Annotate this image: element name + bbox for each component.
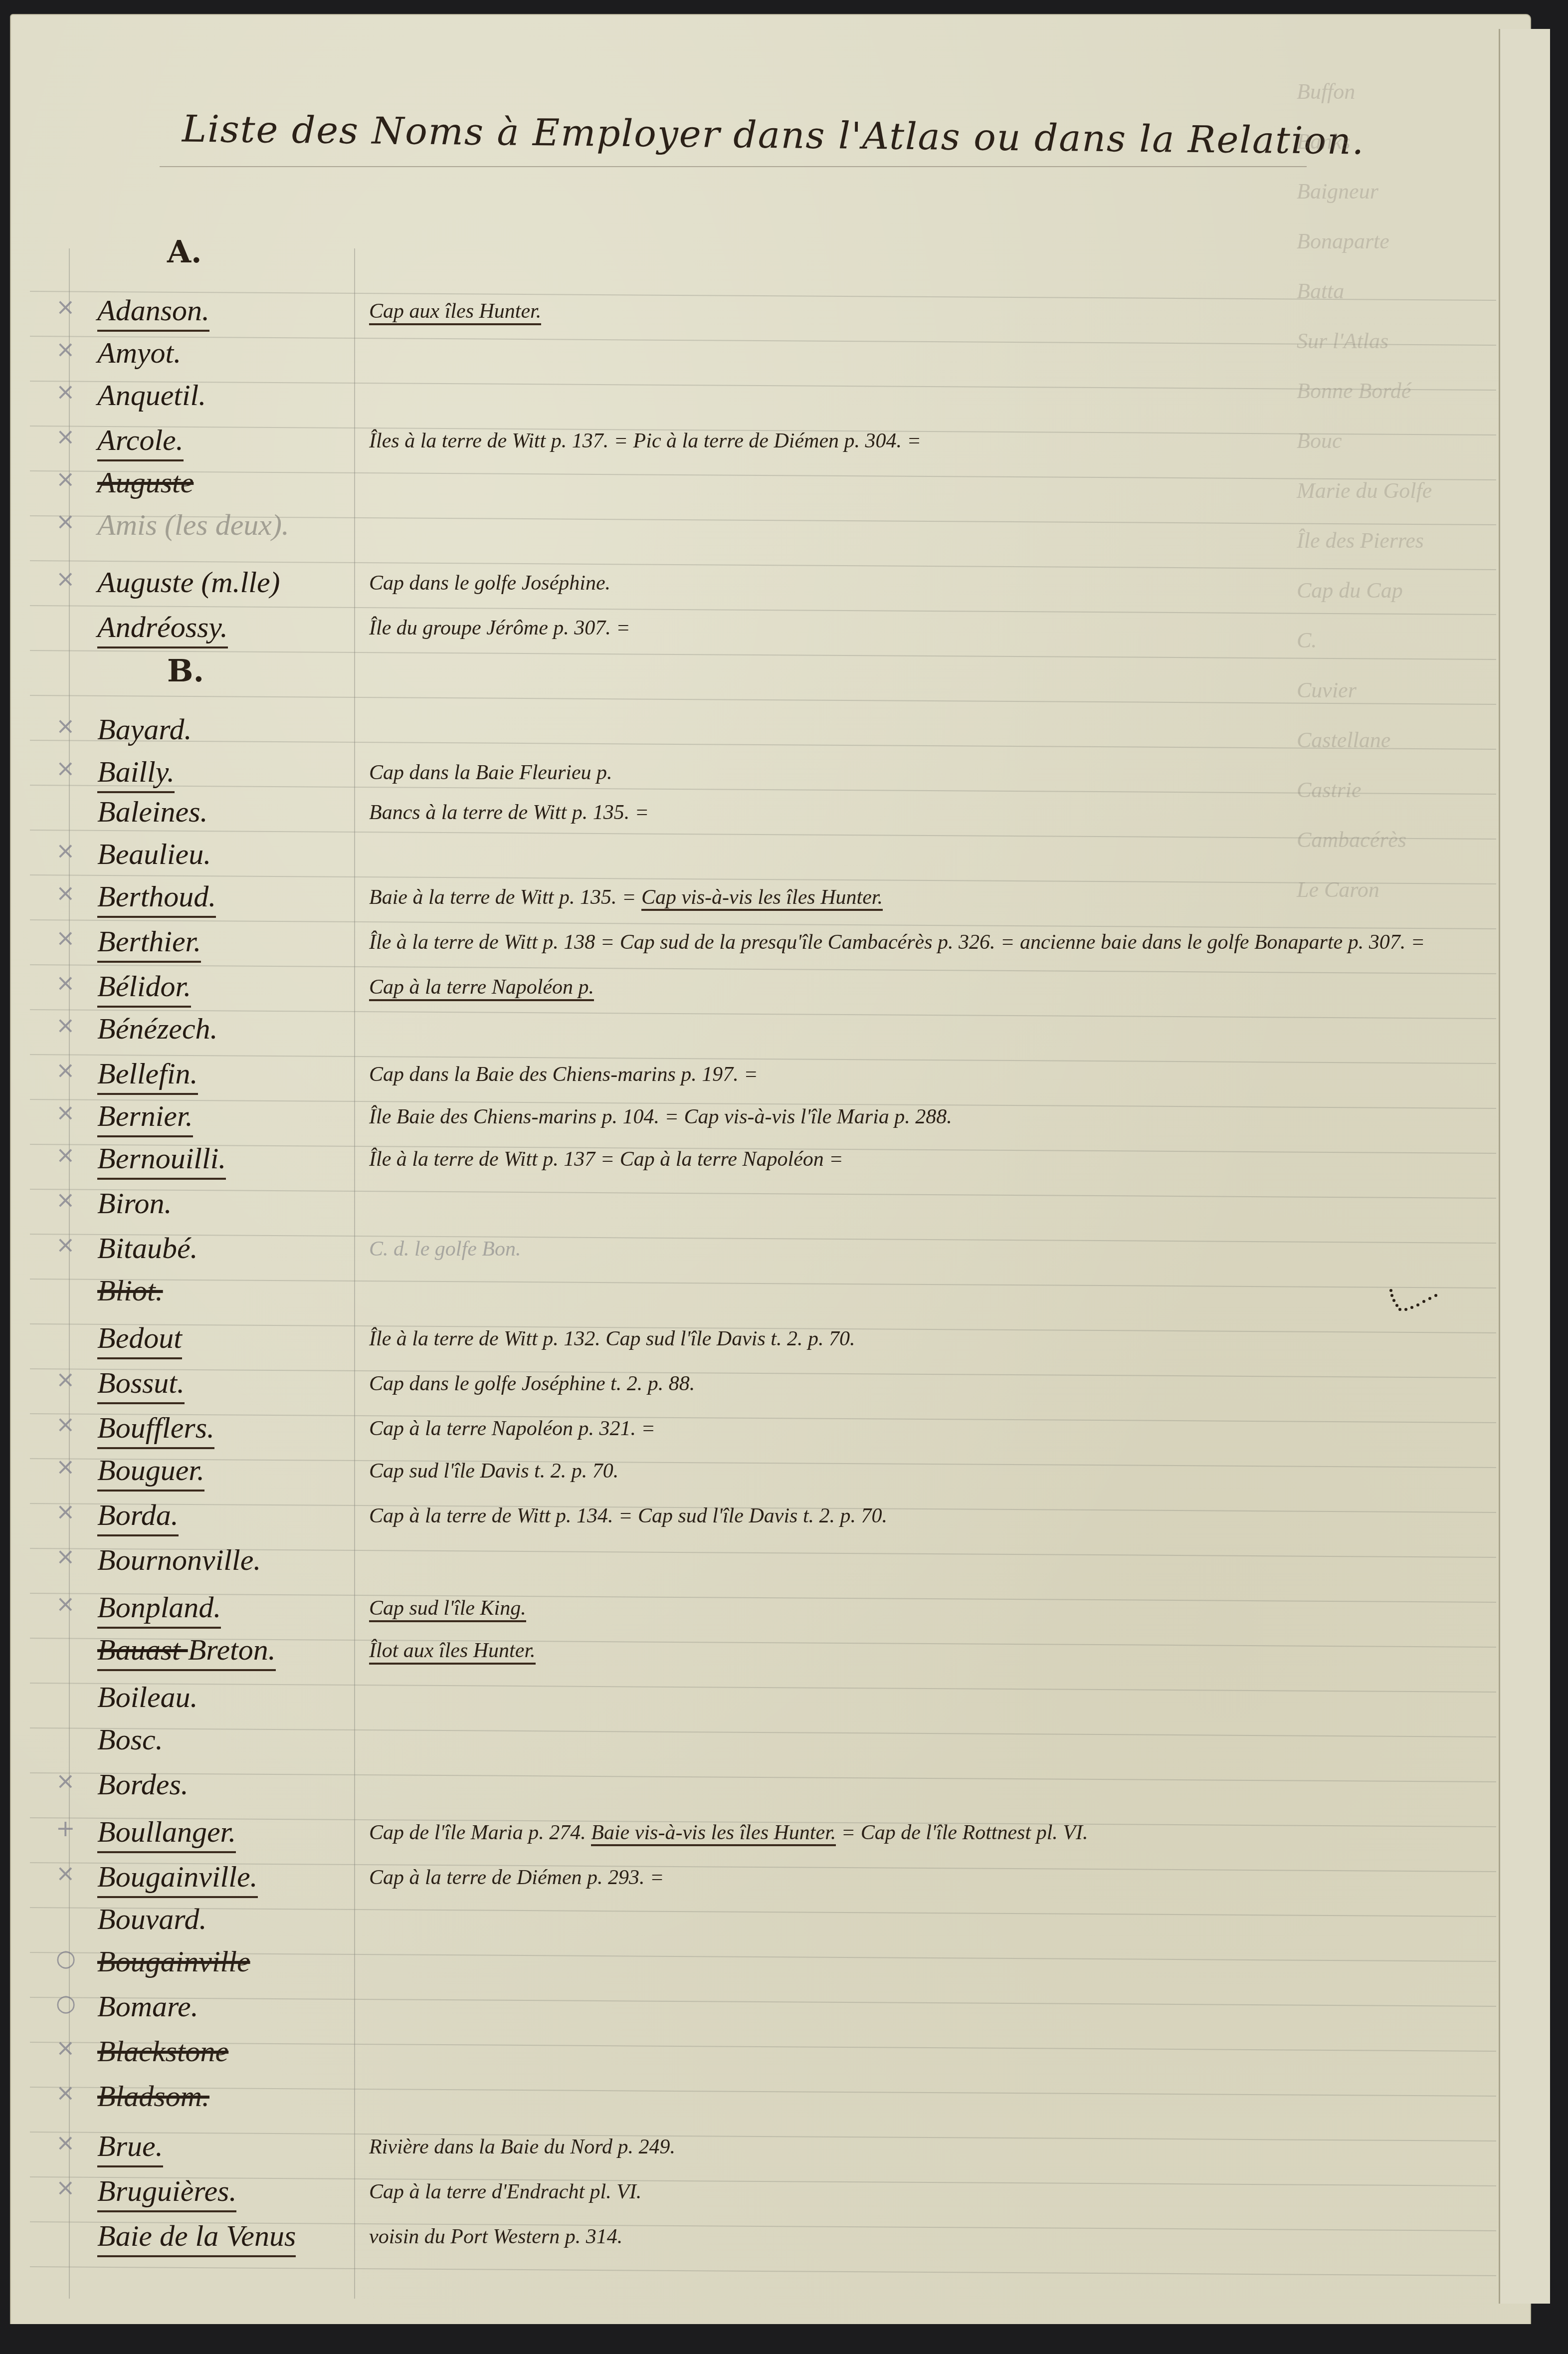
bleed-through-line: C.	[1297, 628, 1317, 653]
entry-name: Berthier.	[97, 924, 201, 963]
pencil-mark-icon: ×	[56, 2174, 75, 2201]
entry-note: Îlot aux îles Hunter.	[369, 1639, 536, 1665]
pencil-mark-icon: ×	[56, 2079, 75, 2106]
entry-name: Auguste	[97, 465, 194, 500]
pencil-mark-icon: ×	[56, 423, 75, 450]
pencil-mark-icon: ×	[56, 837, 75, 864]
entry-name: Blackstone	[97, 2034, 228, 2069]
bleed-through-line: Cap du Cap	[1297, 578, 1403, 603]
pencil-mark-icon: ○	[56, 1944, 76, 1971]
entry-row: ×Bernouilli.Île à la terre de Witt p. 13…	[10, 1141, 1506, 1191]
entry-note: Île Baie des Chiens-marins p. 104. = Cap…	[369, 1105, 952, 1129]
entry-name: Baleines.	[97, 795, 208, 829]
entry-note: Cap dans la Baie Fleurieu p.	[369, 761, 612, 785]
entry-name: Bélidor.	[97, 969, 191, 1008]
pencil-mark-icon: ×	[56, 293, 75, 320]
pencil-mark-icon: ×	[56, 378, 75, 405]
pencil-mark-icon: ×	[56, 336, 75, 363]
entry-row: ×Anquetil.	[10, 378, 1506, 428]
pencil-mark-icon: +	[56, 1815, 75, 1842]
bleed-through-line: Île des Pierres	[1297, 528, 1424, 553]
pencil-mark-icon: ×	[56, 2034, 75, 2061]
entry-note: Cap à la terre d'Endracht pl. VI.	[369, 2180, 641, 2204]
entry-name: Baie de la Venus	[97, 2219, 296, 2257]
pencil-mark-icon: ×	[56, 1012, 75, 1039]
section-letter-a: A.	[167, 233, 202, 270]
pencil-mark-icon: ×	[56, 1590, 75, 1617]
entry-name: Bougainville.	[97, 1860, 258, 1898]
entry-name: Bouguer.	[97, 1453, 204, 1492]
entry-row: ×Berthoud.Baie à la terre de Witt p. 135…	[10, 879, 1506, 929]
entry-name: Bladsom.	[97, 2079, 209, 2114]
entry-row: Bauast Breton.Îlot aux îles Hunter.	[10, 1633, 1506, 1683]
entry-name: Borda.	[97, 1498, 179, 1536]
entry-name: Bougainville	[97, 1944, 250, 1979]
entry-note: Îles à la terre de Witt p. 137. = Pic à …	[369, 429, 921, 453]
pencil-mark-icon: ×	[56, 1543, 75, 1570]
entry-note: Cap de l'île Maria p. 274. Baie vis-à-vi…	[369, 1821, 1088, 1845]
entry-row: ×Biron.	[10, 1186, 1506, 1236]
entry-name: Bonpland.	[97, 1590, 221, 1629]
pencil-mark-icon: ×	[56, 1860, 75, 1887]
entry-note: Cap à la terre Napoléon p.	[369, 975, 594, 1001]
pencil-mark-icon: ×	[56, 755, 75, 782]
ruled-line	[30, 695, 1496, 705]
bleed-through-line: Bouc	[1297, 428, 1342, 453]
bleed-through-line: Marie du Golfe	[1297, 478, 1432, 503]
entry-row: ×Amis (les deux).	[10, 508, 1506, 558]
entry-name: Bournonville.	[97, 1543, 261, 1577]
pencil-mark-icon: ○	[56, 1989, 76, 2016]
pencil-mark-icon: ×	[56, 1767, 75, 1794]
entry-note: Île du groupe Jérôme p. 307. =	[369, 616, 630, 640]
entry-note: Cap dans le golfe Joséphine.	[369, 571, 610, 595]
entry-note: Rivière dans la Baie du Nord p. 249.	[369, 2135, 675, 2159]
bleed-through-line: Bonne Bordé	[1297, 378, 1411, 404]
entry-note: Cap à la terre Napoléon p. 321. =	[369, 1417, 655, 1441]
entry-name: Bailly.	[97, 755, 175, 793]
pencil-mark-icon: ×	[56, 1099, 75, 1126]
entry-note: Cap sud l'île King.	[369, 1596, 526, 1622]
entry-row: ○Bougainville	[10, 1944, 1506, 1994]
entry-name: Bayard.	[97, 712, 192, 747]
pencil-mark-icon: ×	[56, 969, 75, 996]
scan-background	[0, 2324, 1568, 2354]
entry-note: Cap dans le golfe Joséphine t. 2. p. 88.	[369, 1372, 695, 1396]
entry-row: BedoutÎle à la terre de Witt p. 132. Cap…	[10, 1321, 1506, 1371]
entry-row: ○Bomare.	[10, 1989, 1506, 2039]
pencil-mark-icon: ×	[56, 1057, 75, 1083]
pencil-mark-icon: ×	[56, 2129, 75, 2156]
page-fold-edge	[1499, 29, 1550, 2304]
entry-name: Berthoud.	[97, 879, 216, 918]
entry-row: ×Blackstone	[10, 2034, 1506, 2084]
entry-name: Auguste (m.lle)	[97, 565, 280, 600]
pencil-mark-icon: ×	[56, 1186, 75, 1213]
entry-row: ×Borda.Cap à la terre de Witt p. 134. = …	[10, 1498, 1506, 1548]
entry-name: Bitaubé.	[97, 1231, 198, 1266]
entry-name: Bernier.	[97, 1099, 193, 1137]
entry-note: Cap à la terre de Witt p. 134. = Cap sud…	[369, 1504, 887, 1528]
pencil-mark-icon: ×	[56, 1453, 75, 1480]
entry-row: ×Auguste (m.lle)Cap dans le golfe Joséph…	[10, 565, 1506, 615]
bleed-through-line: Castellane	[1297, 727, 1390, 753]
entry-note: Baie à la terre de Witt p. 135. = Cap vi…	[369, 885, 883, 909]
bleed-through-line: Buffon	[1297, 79, 1355, 104]
struck-name: Bauast	[97, 1633, 188, 1666]
entry-row: ×Bossut.Cap dans le golfe Joséphine t. 2…	[10, 1366, 1506, 1416]
entry-name: Bossut.	[97, 1366, 185, 1404]
entry-row: ×Berthier.Île à la terre de Witt p. 138 …	[10, 924, 1506, 974]
entry-row: Baie de la Venusvoisin du Port Western p…	[10, 2219, 1506, 2269]
dotted-check-mark-icon	[1389, 1288, 1439, 1333]
bleed-through-line: Baigneur	[1297, 179, 1378, 204]
entry-note: Cap dans la Baie des Chiens-marins p. 19…	[369, 1063, 758, 1086]
bleed-through-line: Cuvier	[1297, 677, 1357, 703]
pencil-mark-icon: ×	[56, 1498, 75, 1525]
entry-note: Île à la terre de Witt p. 137 = Cap à la…	[369, 1147, 843, 1171]
entry-note: Cap aux îles Hunter.	[369, 299, 541, 325]
entry-note: Île à la terre de Witt p. 138 = Cap sud …	[369, 930, 1425, 954]
entry-name: Bauast Breton.	[97, 1633, 276, 1671]
entry-name: Bomare.	[97, 1989, 198, 2024]
entry-row: ×Brue.Rivière dans la Baie du Nord p. 24…	[10, 2129, 1506, 2179]
bleed-through-line: Bonaparte	[1297, 228, 1389, 254]
bleed-through-line: Sur l'Atlas	[1297, 328, 1388, 354]
entry-row: ×Bordes.	[10, 1767, 1506, 1817]
entry-row: ×Bladsom.	[10, 2079, 1506, 2129]
bleed-through-line: Le Caron	[1297, 877, 1379, 902]
bleed-through-line: Batta	[1297, 278, 1344, 304]
entry-name: Bosc.	[97, 1722, 163, 1757]
entry-name: Bedout	[97, 1321, 182, 1359]
pencil-mark-icon: ×	[56, 1141, 75, 1168]
entry-name: Beaulieu.	[97, 837, 211, 871]
entry-name: Andréossy.	[97, 610, 228, 648]
entry-note: Cap sud l'île Davis t. 2. p. 70.	[369, 1459, 618, 1483]
entry-name: Brue.	[97, 2129, 163, 2167]
entry-row: ×Bournonville.	[10, 1543, 1506, 1593]
entry-row: Bliot.	[10, 1274, 1506, 1323]
entry-note: Bancs à la terre de Witt p. 135. =	[369, 801, 649, 825]
entry-row: ×Bouguer.Cap sud l'île Davis t. 2. p. 70…	[10, 1453, 1506, 1503]
entry-name: Boufflers.	[97, 1411, 214, 1449]
entry-row: ×Bruguières.Cap à la terre d'Endracht pl…	[10, 2174, 1506, 2224]
entry-name: Bouvard.	[97, 1902, 206, 1936]
bleed-through-line: Banks	[1297, 129, 1351, 154]
pencil-mark-icon: ×	[56, 1231, 75, 1258]
entry-name: Bordes.	[97, 1767, 189, 1802]
entry-name: Biron.	[97, 1186, 172, 1221]
entry-row: Andréossy.Île du groupe Jérôme p. 307. =	[10, 610, 1506, 660]
manuscript-page: Liste des Noms à Employer dans l'Atlas o…	[10, 14, 1531, 2329]
pencil-mark-icon: ×	[56, 465, 75, 492]
entry-row: +Boullanger.Cap de l'île Maria p. 274. B…	[10, 1815, 1506, 1865]
entry-name: Arcole.	[97, 423, 184, 461]
pencil-mark-icon: ×	[56, 1411, 75, 1438]
pencil-mark-icon: ×	[56, 565, 75, 592]
entry-name: Bruguières.	[97, 2174, 236, 2212]
pencil-mark-icon: ×	[56, 924, 75, 951]
entry-name: Bénézech.	[97, 1012, 218, 1046]
entry-name: Amyot.	[97, 336, 181, 370]
entry-note: voisin du Port Western p. 314.	[369, 2225, 622, 2249]
entry-name: Amis (les deux).	[97, 508, 289, 542]
entry-name: Bernouilli.	[97, 1141, 226, 1180]
entry-note: C. d. le golfe Bon.	[369, 1237, 521, 1261]
entry-name: Anquetil.	[97, 378, 206, 413]
title-rule	[160, 166, 1307, 167]
entry-note: Île à la terre de Witt p. 132. Cap sud l…	[369, 1327, 855, 1351]
entry-name: Boullanger.	[97, 1815, 236, 1853]
pencil-mark-icon: ×	[56, 1366, 75, 1393]
entry-row: Bosc.	[10, 1722, 1506, 1772]
bleed-through-line: Cambacérès	[1297, 827, 1406, 853]
entry-note: Cap à la terre de Diémen p. 293. =	[369, 1866, 664, 1890]
page-title: Liste des Noms à Employer dans l'Atlas o…	[182, 108, 1365, 163]
pencil-mark-icon: ×	[56, 508, 75, 535]
entry-row: ×Bénézech.	[10, 1012, 1506, 1062]
entry-name: Bliot.	[97, 1274, 163, 1308]
entry-name: Bellefin.	[97, 1057, 198, 1095]
pencil-mark-icon: ×	[56, 879, 75, 906]
pencil-mark-icon: ×	[56, 712, 75, 739]
bleed-through-line: Castrie	[1297, 777, 1362, 803]
entry-name: Adanson.	[97, 293, 209, 332]
entry-name: Boileau.	[97, 1680, 198, 1714]
